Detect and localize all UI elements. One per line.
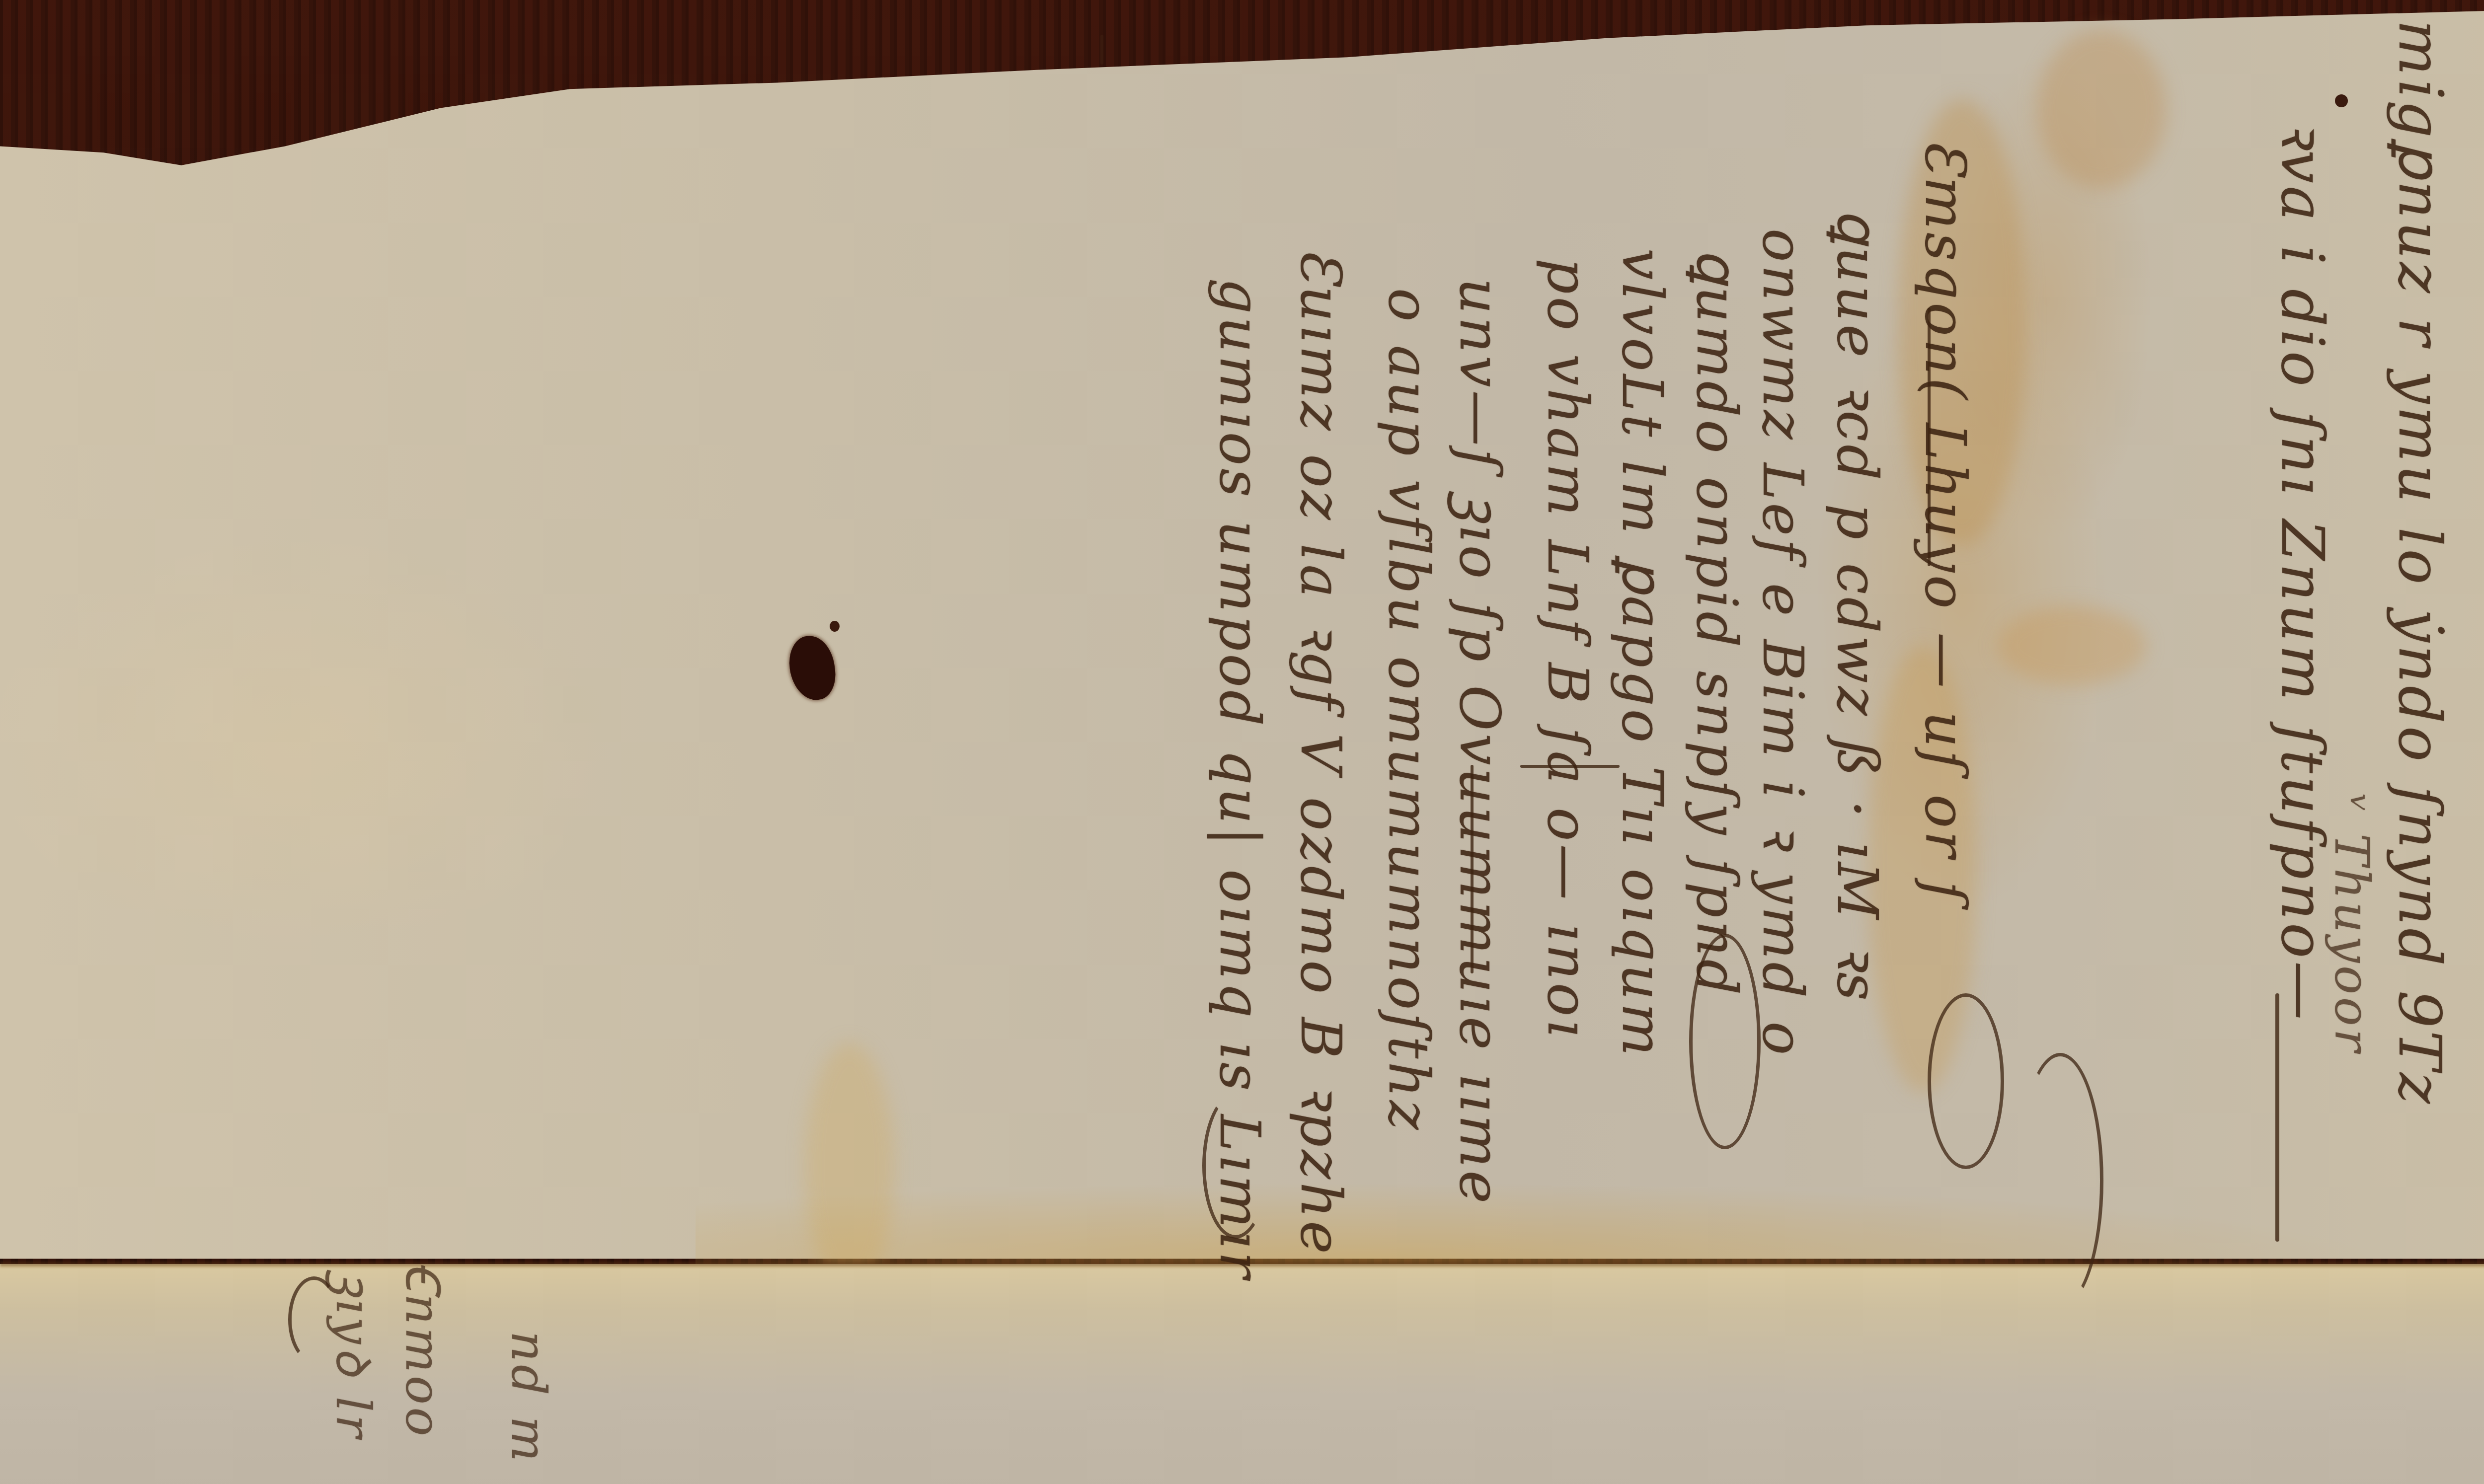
main-line-9: Ɛuımz oz la ꝛgf V ozdmo B ꝛpzhe bbox=[1285, 248, 1361, 1257]
main-line-3: onwmz Lef e Bim i ꝛ ymd o bbox=[1747, 228, 1823, 1058]
flourish-loop bbox=[2017, 1053, 2103, 1308]
main-line-4: ꝗumdo onpid snpſy ſpnd bbox=[1684, 248, 1749, 998]
main-line-5: vlvoLt lm ꝑapgo Tıı oıqum bbox=[1610, 248, 1674, 1059]
flourish-loop bbox=[1689, 934, 1761, 1149]
box-mark bbox=[1520, 765, 1620, 768]
header-line-3: ꝛva i dio ſnı Znum ſtufpno— bbox=[2265, 119, 2345, 1023]
main-line-7: unv—ſ ꝫıo ſp Ovuummuıe ııme bbox=[1444, 278, 1520, 1206]
foxing-stain bbox=[1997, 606, 2146, 685]
main-line-6: po vham Lnf B ſa o— ınoı bbox=[1535, 258, 1600, 1040]
main-line-2: ꝗuue ꝛcd p cdwz ß · ıM ꝛs bbox=[1822, 209, 1898, 1004]
ink-speck bbox=[2335, 94, 2348, 107]
foxing-stain bbox=[2037, 30, 2166, 189]
flourish-loop bbox=[1928, 993, 2004, 1169]
flourish-loop bbox=[1202, 1093, 1269, 1239]
text-rule bbox=[1928, 308, 1931, 566]
header-underline bbox=[2275, 993, 2279, 1242]
main-line-8: o aup vflbu omumumnoſthz bbox=[1376, 288, 1441, 1133]
main-line-1: Ɛmsqon( Lhuyo — uſ or ſ bbox=[1913, 139, 1977, 905]
ink-speck bbox=[1100, 35, 1103, 65]
lower-margin-line-3: nd m bbox=[501, 1331, 556, 1465]
text-rule bbox=[1471, 765, 1474, 973]
lower-margin-line-1: Ꞓnmoo bbox=[392, 1261, 457, 1439]
ink-speck bbox=[830, 621, 840, 632]
header-line-1: mi̇gꝑnuz r ymu lo ẏndo ſnynd 9Tz bbox=[2386, 20, 2454, 1107]
margin-hook bbox=[288, 1276, 340, 1363]
